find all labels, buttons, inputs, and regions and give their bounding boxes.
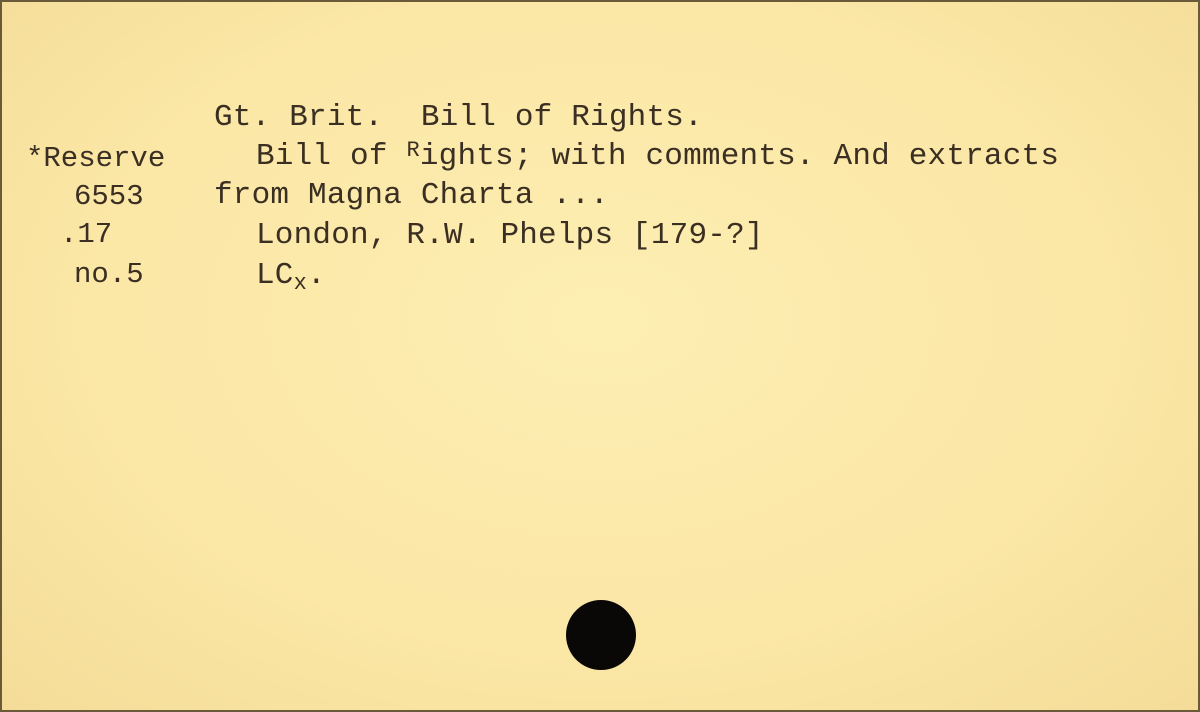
lc-end: . (307, 258, 326, 293)
call-number-class: 6553 (74, 180, 144, 213)
imprint: London, R.W. Phelps [179-?] (256, 218, 764, 253)
call-number-reserve: *Reserve (26, 142, 165, 175)
title-sup: R (406, 138, 419, 163)
lc-sub: x (294, 271, 307, 296)
lc-note: LCx. (256, 258, 326, 296)
call-number-cutter: .17 (60, 218, 112, 251)
main-heading: Gt. Brit. Bill of Rights. (214, 100, 703, 135)
title-pre: Bill of (256, 139, 406, 174)
title-line-2: from Magna Charta ... (214, 178, 609, 213)
call-number-volume: no.5 (74, 258, 144, 291)
catalog-card: *Reserve 6553 .17 no.5 Gt. Brit. Bill of… (0, 0, 1200, 712)
punch-hole (566, 600, 636, 670)
title-line-1: Bill of Rights; with comments. And extra… (256, 138, 1059, 174)
title-post: ights; with comments. And extracts (420, 139, 1059, 174)
lc-main: LC (256, 258, 294, 293)
